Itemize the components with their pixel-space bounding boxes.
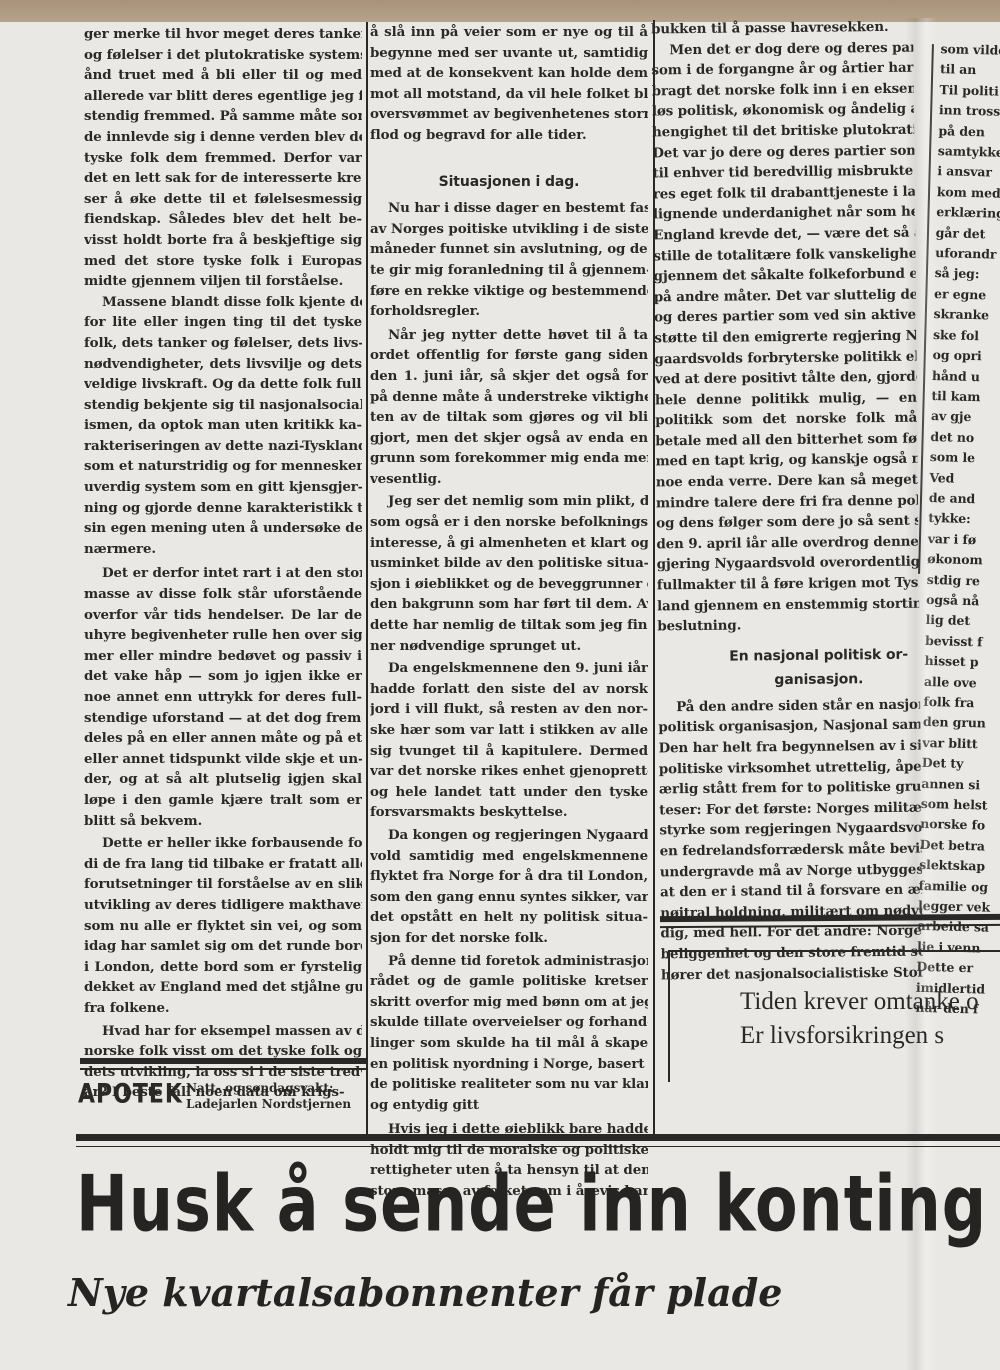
text-line: sjon for det norske folk. — [370, 928, 648, 949]
text-line: føre en rekke viktige og bestemmende — [370, 281, 648, 302]
text-line: og deres partier som ved sin aktive — [654, 305, 916, 328]
text-line: tyske folk dem fremmed. Derfor var — [84, 148, 362, 169]
apotek-duty-info: Natt- og søndagsvakt: Ladejarlen Nordstj… — [186, 1080, 351, 1112]
text-line: det vake håp — som jo igjen ikke er — [84, 666, 362, 687]
text-line: England krevde det, — være det så å — [653, 223, 915, 246]
text-line: te gir mig foranledning til å gjennem- — [370, 260, 648, 281]
text-line: skranke — [933, 304, 1000, 326]
text-line: de and — [929, 488, 1000, 510]
text-line: gjennem det såkalte folkeforbund eller — [654, 264, 916, 287]
ad-line-2: Er livsforsikringen s — [740, 1019, 979, 1053]
text-line: som le — [930, 447, 1000, 469]
text-line: Det var jo dere og deres partier som — [652, 140, 914, 163]
text-line: nødvendigheter, dets livsvilje og dets — [84, 354, 362, 375]
text-line: deles på en eller annen måte og på ett — [84, 728, 362, 749]
text-line: på andre måter. Det var sluttelig dere — [654, 284, 916, 307]
text-line: ismen, da optok man uten kritikk ka- — [84, 415, 362, 436]
text-line: for lite eller ingen ting til det tyske — [84, 312, 362, 333]
text-line: hele denne politikk mulig, — en — [655, 387, 917, 410]
text-line: gjering Nygaardsvold overordentlige — [657, 552, 919, 575]
text-line: ske fol — [933, 325, 1000, 347]
text-line: ånd truet med å bli eller til og med — [84, 65, 362, 86]
text-line: hånd u — [932, 366, 1000, 388]
text-line: inn tross — [939, 100, 1000, 122]
text-line: mot all motstand, da vil hele folket bli — [370, 84, 648, 105]
apotek-duty-line-2: Ladejarlen Nordstjernen — [186, 1096, 351, 1112]
text-line: Jeg ser det nemlig som min plikt, det — [370, 491, 648, 512]
text-line: utvikling av deres tidligere makthavere — [84, 895, 362, 916]
apotek-rule-thick — [80, 1058, 366, 1064]
text-line: den bakgrunn som har ført til dem. Av — [370, 594, 648, 615]
text-line: oversvømmet av begivenhetenes storm- — [370, 104, 648, 125]
text-line: betale med all den bitterhet som følger — [655, 429, 917, 452]
text-line: og dens følger som dere jo så sent som — [656, 511, 918, 534]
text-line: Til politi — [939, 80, 1000, 102]
text-line: rådet og de gamle politiske kretser — [370, 971, 648, 992]
banner-subline: Nye kvartalsabonnenter får plade — [68, 1270, 782, 1315]
text-line: som et naturstridig og for menneskene — [84, 456, 362, 477]
text-line: gaardsvolds forbryterske politikk eller — [654, 346, 916, 369]
text-line: den 9. april iår alle overdrog denne re- — [656, 531, 918, 554]
col2-para-2: Nu har i disse dager en bestemt faseav N… — [370, 198, 648, 322]
text-line: støtte til den emigrerte regjering Ny- — [654, 326, 916, 349]
text-line: forsvarsmakts beskyttelse. — [370, 802, 648, 823]
text-line: med en tapt krig, og kanskje også med — [655, 449, 917, 472]
text-line: visst holdt borte fra å beskjeftige sig — [84, 230, 362, 251]
text-line: som i de forgangne år og årtier har — [651, 58, 913, 81]
text-line: det en lett sak for de interesserte kret… — [84, 168, 362, 189]
text-line: var det norske rikes enhet gjenoprettet — [370, 761, 648, 782]
text-line: ordet offentlig for første gang siden — [370, 345, 648, 366]
text-line: sig tvunget til å kapitulere. Dermed — [370, 741, 648, 762]
text-line: interesse, å gi almenheten et klart og — [370, 533, 648, 554]
text-line: og hele landet tatt under den tyske — [370, 782, 648, 803]
text-line: hengighet til det britiske plutokrati. — [652, 120, 914, 143]
text-line: lignende underdanighet når som helst — [653, 202, 915, 225]
text-line: usminket bilde av den politiske situa- — [370, 553, 648, 574]
text-line: går det — [935, 223, 1000, 245]
col2-para-3: Når jeg nytter dette høvet til å taordet… — [370, 325, 648, 490]
text-line: veldige livskraft. Og da dette folk full… — [84, 374, 362, 395]
text-line: til kam — [931, 386, 1000, 408]
text-line: ske hær som var latt i stikken av alle — [370, 720, 648, 741]
col3-para-3: På den andre siden står en nasjonalpolit… — [658, 694, 923, 985]
text-line: vold samtidig med engelskmennene — [370, 846, 648, 867]
text-line: Når jeg nytter dette høvet til å ta — [370, 325, 648, 346]
banner-headline: Husk å sende inn konting — [76, 1158, 987, 1249]
text-line: politiske virksomhet utrettelig, åpent o… — [659, 756, 921, 779]
text-line: ning og gjorde denne karakteristikk til — [84, 498, 362, 519]
banner-rule-thick — [76, 1134, 1000, 1141]
text-line: i ansvar — [937, 162, 1000, 184]
text-line: en politisk nyordning i Norge, basert på — [370, 1054, 648, 1075]
text-line: idag har samlet sig om det runde bord — [84, 936, 362, 957]
text-line: gjort, men det skjer også av enda en — [370, 428, 648, 449]
text-line: res eget folk til drabanttjeneste i lake… — [653, 181, 915, 204]
text-line: land gjennem en enstemmig stortings- — [657, 593, 919, 616]
banner-rule-thin — [76, 1146, 1000, 1147]
text-line: folk, dets tanker og følelser, dets livs… — [84, 333, 362, 354]
text-line: ved at dere positivt tålte den, gjorde — [655, 367, 917, 390]
text-line: ser å øke dette til et følelsesmessig — [84, 189, 362, 210]
text-line: Ved — [929, 468, 1000, 490]
text-line: løs politisk, økonomisk og åndelig av- — [652, 99, 914, 122]
text-line: der, og at så alt plutselig igjen skal — [84, 769, 362, 790]
text-line: noe annet enn uttrykk for deres full- — [84, 687, 362, 708]
text-line: styrke som regjeringen Nygaardsvold på — [659, 818, 921, 841]
text-line: av gje — [931, 406, 1000, 428]
text-line: begynne med ser uvante ut, samtidig — [370, 43, 648, 64]
text-line: stendig fremmed. På samme måte som — [84, 106, 362, 127]
text-line: uverdig system som en gitt kjensgjer- — [84, 477, 362, 498]
article-column-1: ger merke til hvor meget deres tankerog … — [84, 24, 362, 1103]
text-line: med at de konsekvent kan holde dem — [370, 63, 648, 84]
text-line: løpe i den gamle kjære tralt som er — [84, 790, 362, 811]
text-line: flod og begravd for alle tider. — [370, 125, 648, 146]
text-line: bukken til å passe havresekken. — [651, 17, 913, 40]
text-line: stille de totalitære folk vanskeligheter — [653, 243, 915, 266]
text-line: di de fra lang tid tilbake er fratatt al… — [84, 854, 362, 875]
text-line: med det store tyske folk i Europas — [84, 251, 362, 272]
text-line: en fedrelandsforrædersk måte bevisst — [660, 839, 922, 862]
text-line: Men det er dog dere og deres partier — [651, 37, 913, 60]
text-line: måneder funnet sin avslutning, og det- — [370, 239, 648, 260]
text-line: dekket av England med det stjålne gull — [84, 977, 362, 998]
ad-line-1: Tiden krever omtanke o — [740, 985, 979, 1019]
text-line: fra folkene. — [84, 998, 362, 1019]
column-divider-1 — [366, 22, 368, 1140]
text-line: ten av de tiltak som gjøres og vil bli — [370, 407, 648, 428]
text-line: Da engelskmennene den 9. juni iår — [370, 658, 648, 679]
article-column-2: å slå inn på veier som er nye og til åbe… — [370, 22, 648, 1202]
text-line: rakteriseringen av dette nazi-Tyskland — [84, 436, 362, 457]
text-line: samtykke — [938, 141, 1000, 163]
text-line: bragt det norske folk inn i en eksempel- — [652, 78, 914, 101]
text-line: å slå inn på veier som er nye og til å — [370, 22, 648, 43]
text-line: de politiske realiteter som nu var klart — [370, 1074, 648, 1095]
text-line: politikk som det norske folk må — [655, 408, 917, 431]
col1-para-1: ger merke til hvor meget deres tankerog … — [84, 24, 362, 292]
text-line: beslutning. — [657, 614, 919, 637]
text-line: Det er derfor intet rart i at den store — [84, 563, 362, 584]
subheading-nasjonal-organisasjon: En nasjonal politisk or- ganisasjon. — [717, 642, 919, 692]
text-line: sin egen mening uten å undersøke det — [84, 518, 362, 539]
col1-para-2: Massene blandt disse folk kjente der-for… — [84, 292, 362, 560]
text-line: undergravde må av Norge utbygges slik — [660, 859, 922, 882]
text-line: mer eller mindre bedøvet og passiv i — [84, 646, 362, 667]
article-column-3: bukken til å passe havresekken. Men det … — [651, 17, 923, 986]
text-line: eller annet tidspunkt vilde skje et un- — [84, 749, 362, 770]
text-line: overfor vår tids hendelser. De lar de — [84, 605, 362, 626]
text-line: i London, dette bord som er fyrstelig — [84, 957, 362, 978]
text-line: ner nødvendige sprunget ut. — [370, 636, 648, 657]
text-line: av Norges poitiske utvikling i de siste — [370, 219, 648, 240]
text-line: Da kongen og regjeringen Nygaards- — [370, 825, 648, 846]
text-line: uforandr — [935, 243, 1000, 265]
text-line: det opstått en helt ny politisk situa- — [370, 907, 648, 928]
text-line: erklæring — [936, 202, 1000, 224]
text-line: og følelser i det plutokratiske systems — [84, 45, 362, 66]
text-line: uhyre begivenheter rulle hen over sig — [84, 625, 362, 646]
text-line: tykke: — [928, 508, 1000, 530]
text-line: de innlevde sig i denne verden blev det — [84, 127, 362, 148]
text-line: teser: For det første: Norges militære — [659, 797, 921, 820]
text-line: politisk organisasjon, Nasjonal samling. — [658, 715, 920, 738]
text-line: som vilde va — [940, 39, 1000, 61]
apotek-label: APOTEK — [78, 1080, 183, 1110]
apotek-duty-line-1: Natt- og søndagsvakt: — [186, 1080, 351, 1096]
text-line: forholdsregler. — [370, 301, 648, 322]
text-line: ger merke til hvor meget deres tanker — [84, 24, 362, 45]
text-line: Hvad har for eksempel massen av det — [84, 1021, 362, 1042]
text-line: det no — [930, 427, 1000, 449]
text-line: fullmakter til å føre krigen mot Tysk- — [657, 573, 919, 596]
text-line: nærmere. — [84, 539, 362, 560]
col3-para-1: bukken til å passe havresekken. — [651, 17, 913, 40]
text-line: den 1. juni iår, så skjer det også for — [370, 366, 648, 387]
text-line: er egne — [934, 284, 1000, 306]
text-line: og entydig gitt — [370, 1095, 648, 1116]
insurance-ad-text: Tiden krever omtanke o Er livsforsikring… — [740, 985, 979, 1053]
text-line: stendige uforstand — at det dog frem- — [84, 708, 362, 729]
text-line: På denne tid foretok administrasjons- — [370, 951, 648, 972]
text-line: Massene blandt disse folk kjente der- — [84, 292, 362, 313]
text-line: stendig bekjente sig til nasjonalsocial- — [84, 395, 362, 416]
text-line: til enhver tid beredvillig misbrukte de- — [652, 161, 914, 184]
text-line: ærlig stått frem for to politiske grunn- — [659, 777, 921, 800]
text-line: på denne måte å understreke viktighe- — [370, 387, 648, 408]
col2-para-6: Da kongen og regjeringen Nygaards-vold s… — [370, 825, 648, 949]
col1-para-4: Dette er heller ikke forbausende for-di … — [84, 833, 362, 1018]
text-line: grunn som forekommer mig enda mer — [370, 448, 648, 469]
text-line: mindre talere dere fri fra denne politik… — [656, 490, 918, 513]
text-line: kom med — [937, 182, 1000, 204]
text-line: noe enda verre. Dere kan så meget — [656, 470, 918, 493]
text-line: skritt overfor mig med bønn om at jeg — [370, 992, 648, 1013]
text-line: økonom — [927, 549, 1000, 571]
text-line: fiendskap. Således blev det helt be- — [84, 209, 362, 230]
text-line: Nu har i disse dager en bestemt fase — [370, 198, 648, 219]
text-line: linger som skulde ha til mål å skape — [370, 1033, 648, 1054]
col1-para-3: Det er derfor intet rart i at den storem… — [84, 563, 362, 831]
col3-para-2: Men det er dog dere og deres partiersom … — [651, 37, 919, 637]
text-line: jord i vill flukt, så resten av den nor- — [370, 699, 648, 720]
col2-para-5: Da engelskmennene den 9. juni iårhadde f… — [370, 658, 648, 823]
text-line: var i fø — [927, 529, 1000, 551]
text-line: stdig re — [926, 570, 1000, 592]
text-line: vesentlig. — [370, 469, 648, 490]
text-line: flyktet fra Norge for å dra til London, — [370, 866, 648, 887]
text-line: dette har nemlig de tiltak som jeg fin- — [370, 615, 648, 636]
subheading-situasjonen: Situasjonen i dag. — [370, 172, 648, 193]
text-line: at den er i stand til å forsvare en ærli… — [660, 880, 922, 903]
text-line: som også er i den norske befolknings — [370, 512, 648, 533]
text-line: som den gang ennu syntes sikker, var — [370, 887, 648, 908]
text-line: hadde forlatt den siste del av norsk — [370, 679, 648, 700]
text-line: og opri — [932, 345, 1000, 367]
text-line: på den — [938, 121, 1000, 143]
text-line: masse av disse folk står uforstående — [84, 584, 362, 605]
text-line: midte gjennem viljen til forståelse. — [84, 271, 362, 292]
col2-para-7: På denne tid foretok administrasjons-råd… — [370, 951, 648, 1116]
text-line: så jeg: — [934, 264, 1000, 286]
text-line: til an — [940, 60, 1000, 82]
text-line: Den har helt fra begynnelsen av i sin — [658, 736, 920, 759]
text-line: forutsetninger til forståelse av en slik — [84, 874, 362, 895]
text-line: På den andre siden står en nasjonal — [658, 694, 920, 717]
apotek-rule-thin — [80, 1068, 366, 1070]
col2-para-1: å slå inn på veier som er nye og til åbe… — [370, 22, 648, 146]
text-line: som nu alle er flyktet sin vei, og som — [84, 916, 362, 937]
text-line: sjon i øieblikket og de beveggrunner og — [370, 574, 648, 595]
text-line: Dette er heller ikke forbausende for- — [84, 833, 362, 854]
text-line: blitt så bekvem. — [84, 811, 362, 832]
text-line: allerede var blitt deres egentlige jeg f… — [84, 86, 362, 107]
text-line: skulde tillate overveielser og forhand- — [370, 1012, 648, 1033]
col2-para-4: Jeg ser det nemlig som min plikt, detsom… — [370, 491, 648, 656]
